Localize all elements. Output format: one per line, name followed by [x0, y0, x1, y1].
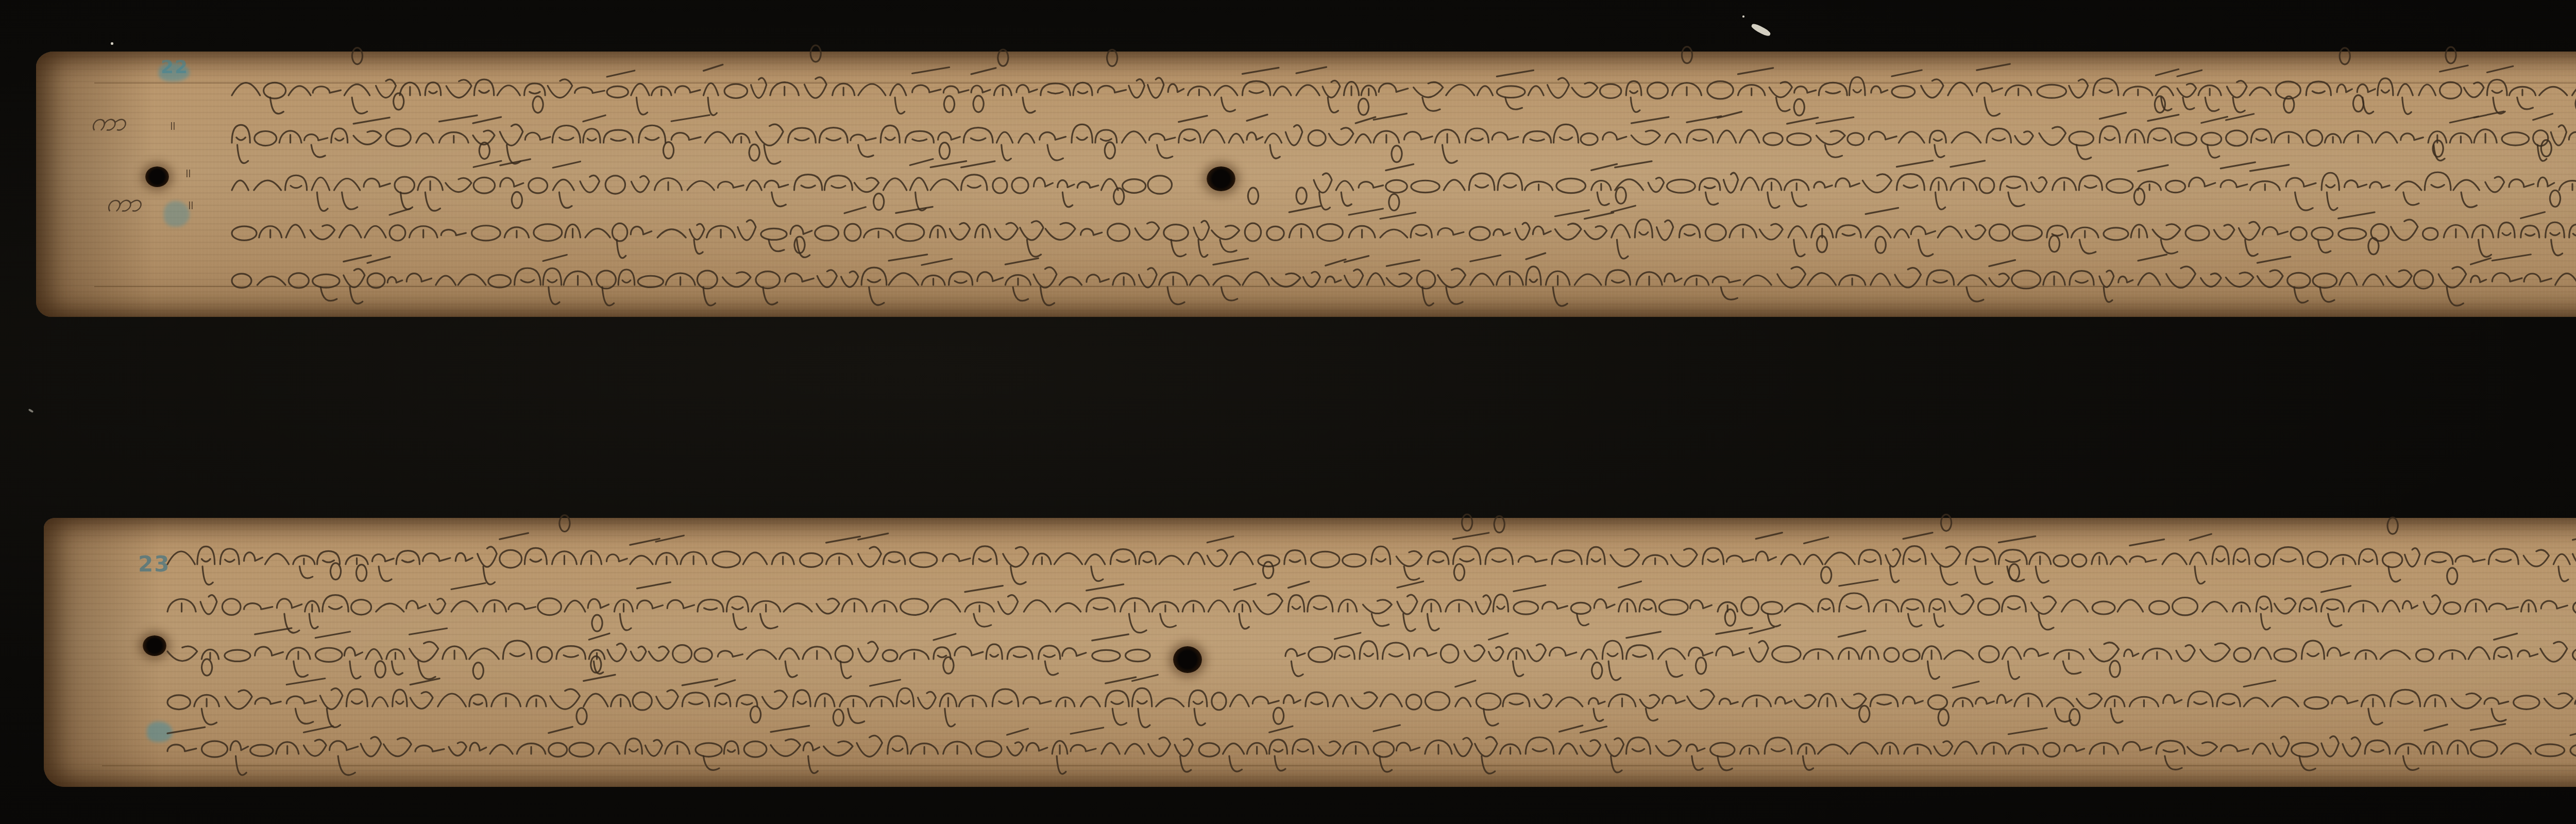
folio-number-smudge — [164, 201, 190, 227]
folio-number-left: 23 — [138, 551, 170, 577]
margin-annotation: ကာ — [106, 187, 141, 224]
folio-number-left: 22 — [161, 57, 189, 78]
margin-mark: ။ — [185, 160, 191, 186]
margin-annotation: ကာ — [90, 106, 126, 143]
binding-hole-left — [145, 166, 169, 187]
palm-leaf-folio-bottom: 23 23 -- — [44, 518, 2576, 787]
margin-mark: ။ — [188, 192, 193, 218]
handwritten-burmese-text — [167, 536, 2576, 778]
palm-leaf-folio-top: 22 22 ဣ ကာ ။ ။ ကာ ။ — [36, 52, 2576, 317]
binding-hole-left — [143, 635, 166, 656]
lint-speck — [111, 42, 113, 45]
margin-mark: ။ — [170, 112, 175, 139]
handwritten-burmese-text — [232, 67, 2576, 309]
lint-speck — [1742, 15, 1744, 18]
